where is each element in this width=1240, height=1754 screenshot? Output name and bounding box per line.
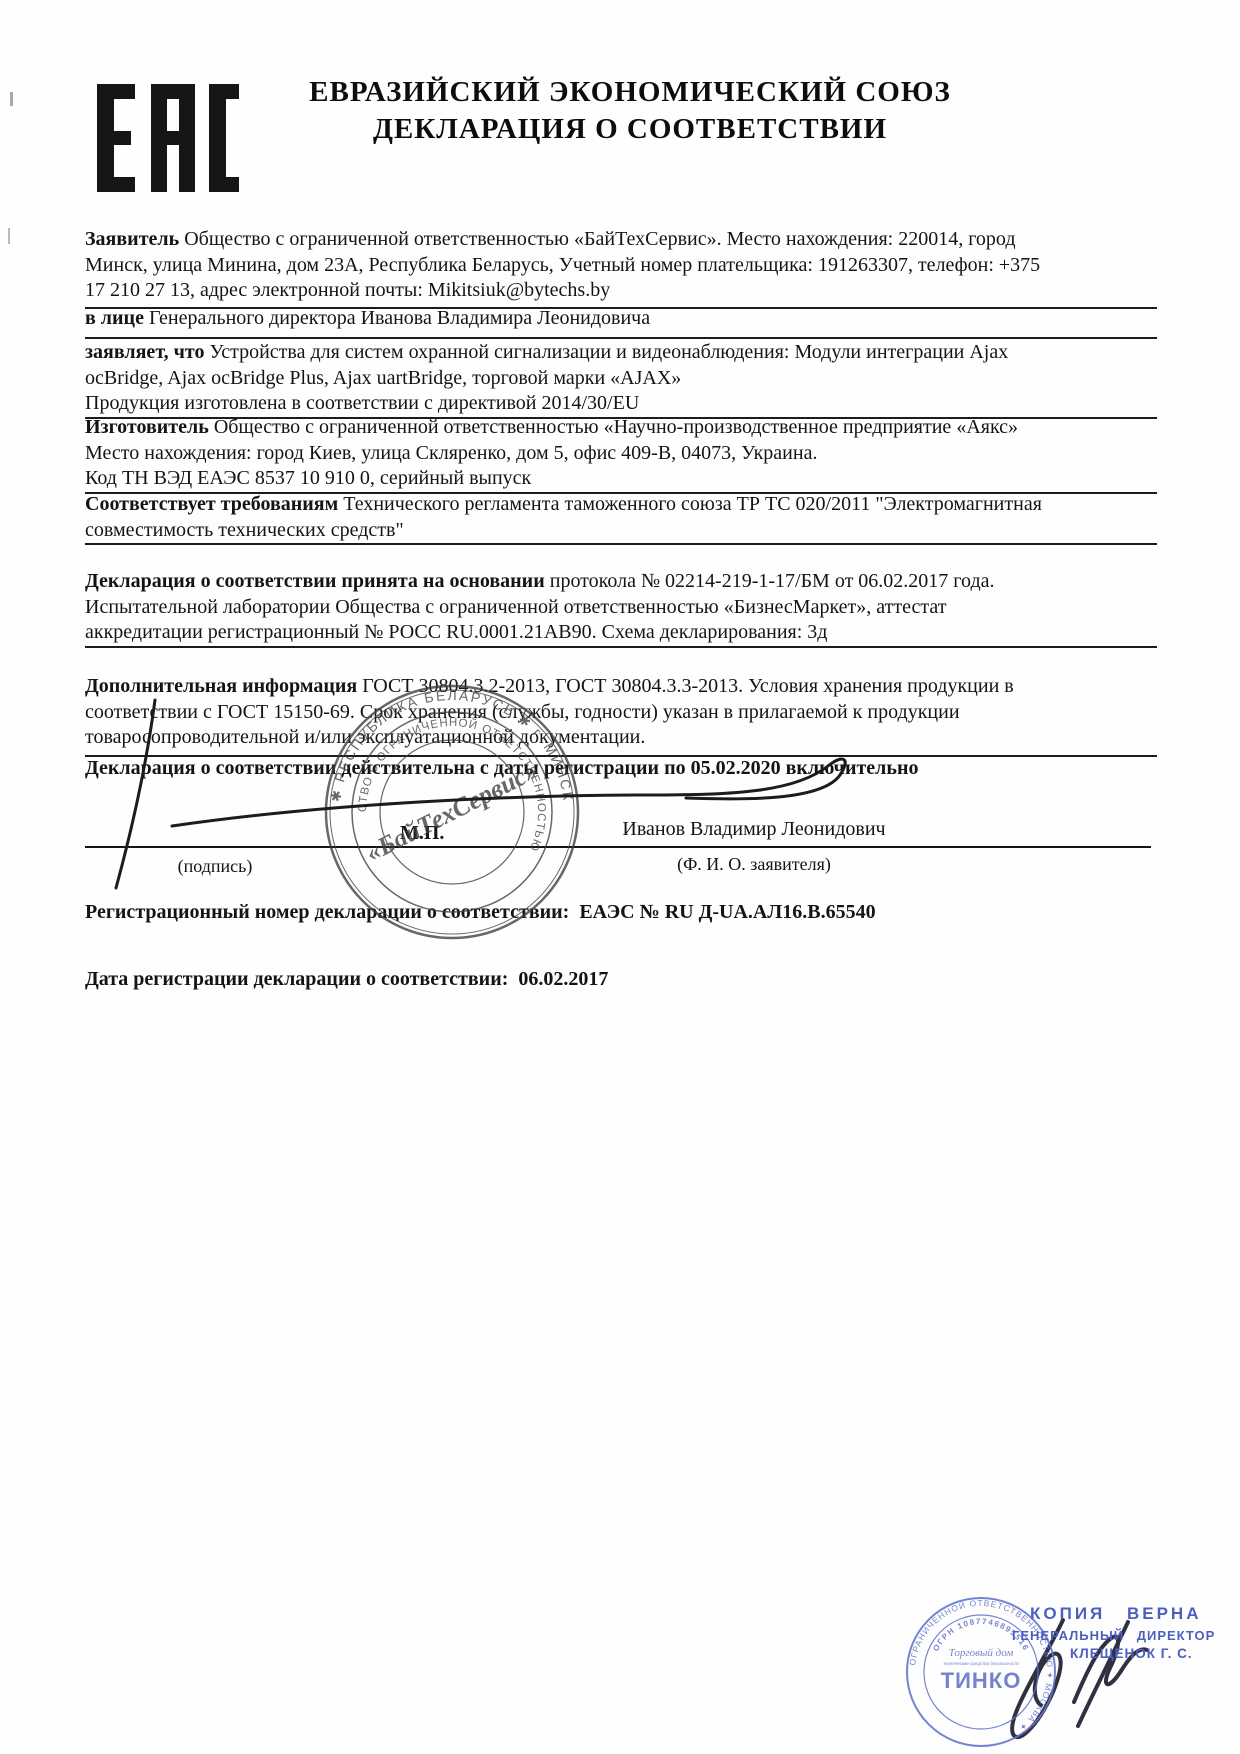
additional-label: Дополнительная информация <box>85 675 357 697</box>
manufacturer-line-1: Общество с ограниченной ответственностью… <box>214 416 1018 438</box>
manufacturer-line-3: Код ТН ВЭД ЕАЭС 8537 10 910 0, серийный … <box>85 466 1157 492</box>
section-declares: заявляет, что Устройства для систем охра… <box>85 340 1157 419</box>
additional-line-2: соответствии с ГОСТ 15150-69. Срок хране… <box>85 700 1157 726</box>
tinko-center-tiny: технические средства безопасности <box>943 1661 1019 1666</box>
scan-artifact <box>8 228 10 244</box>
declares-line-2: ocBridge, Ajax ocBridge Plus, Ajax uartB… <box>85 366 1157 392</box>
registration-number-label: Регистрационный номер декларации о соотв… <box>85 901 569 923</box>
tinko-center-logo: ТИНКО <box>941 1668 1022 1693</box>
applicant-name-caption: (Ф. И. О. заявителя) <box>614 854 894 875</box>
copy-certification-note: КОПИЯ ВЕРНА ГЕНЕРАЛЬНЫЙ ДИРЕКТОР КЛЕЩЕНО… <box>1030 1604 1240 1661</box>
declares-line-1: Устройства для систем охранной сигнализа… <box>209 341 1008 363</box>
validity-line: Декларация о соответствии действительна … <box>85 756 1157 782</box>
registration-date-row: Дата регистрации декларации о соответств… <box>85 968 1165 991</box>
declaration-document: ЕВРАЗИЙСКИЙ ЭКОНОМИЧЕСКИЙ СОЮЗ ДЕКЛАРАЦИ… <box>0 0 1240 1754</box>
tinko-center-line1: Торговый дом <box>949 1647 1014 1659</box>
complies-line-2: совместимость технических средств" <box>85 518 1157 544</box>
page-title: ЕВРАЗИЙСКИЙ ЭКОНОМИЧЕСКИЙ СОЮЗ ДЕКЛАРАЦИ… <box>240 74 1020 148</box>
scan-artifact <box>10 92 13 106</box>
applicant-line-3: 17 210 27 13, адрес электронной почты: M… <box>85 278 1157 304</box>
applicant-name: Иванов Владимир Леонидович <box>589 818 919 841</box>
manufacturer-line-2: Место нахождения: город Киев, улица Скля… <box>85 441 1157 467</box>
registration-date-value: 06.02.2017 <box>518 968 608 990</box>
in-person-line-1: Генерального директора Иванова Владимира… <box>149 307 650 329</box>
registration-date-label: Дата регистрации декларации о соответств… <box>85 968 508 990</box>
in-person-label: в лице <box>85 307 144 329</box>
basis-line-3: аккредитации регистрационный № РОСС RU.0… <box>85 620 1157 646</box>
declares-line-3: Продукция изготовлена в соответствии с д… <box>85 391 1157 417</box>
copy-note-line2: ГЕНЕРАЛЬНЫЙ ДИРЕКТОР <box>1012 1628 1240 1643</box>
section-basis: Декларация о соответствии принята на осн… <box>85 569 1157 648</box>
registration-number-row: Регистрационный номер декларации о соотв… <box>85 901 1165 924</box>
applicant-line-1: Общество с ограниченной ответственностью… <box>184 228 1015 250</box>
stamp-place-label: М.П. <box>400 822 444 845</box>
copy-note-line1: КОПИЯ ВЕРНА <box>1030 1604 1240 1624</box>
complies-line-1: Технического регламента таможенного союз… <box>343 493 1042 515</box>
manufacturer-label: Изготовитель <box>85 416 209 438</box>
section-in-person: в лице Генерального директора Иванова Вл… <box>85 306 1157 339</box>
additional-line-1: ГОСТ 30804.3.2-2013, ГОСТ 30804.3.3-2013… <box>362 675 1014 697</box>
basis-line-1: протокола № 02214-219-1-17/БМ от 06.02.2… <box>550 570 995 592</box>
complies-label: Соответствует требованиям <box>85 493 338 515</box>
section-validity: Декларация о соответствии действительна … <box>85 756 1157 782</box>
section-manufacturer: Изготовитель Общество с ограниченной отв… <box>85 415 1157 494</box>
declares-label: заявляет, что <box>85 341 204 363</box>
signature-caption: (подпись) <box>150 856 280 877</box>
section-applicant: Заявитель Общество с ограниченной ответс… <box>85 227 1157 309</box>
additional-line-3: товаросопроводительной и/или эксплуатаци… <box>85 725 1157 751</box>
section-complies: Соответствует требованиям Технического р… <box>85 492 1157 545</box>
basis-line-2: Испытательной лаборатории Общества с огр… <box>85 595 1157 621</box>
signature-line <box>85 846 1151 848</box>
basis-label: Декларация о соответствии принята на осн… <box>85 570 545 592</box>
registration-number-value: ЕАЭС № RU Д-UA.АЛ16.В.65540 <box>579 901 875 923</box>
title-line-2: ДЕКЛАРАЦИЯ О СООТВЕТСТВИИ <box>240 111 1020 148</box>
eac-logo-icon <box>95 82 241 194</box>
applicant-label: Заявитель <box>85 228 179 250</box>
section-additional: Дополнительная информация ГОСТ 30804.3.2… <box>85 674 1157 757</box>
applicant-line-2: Минск, улица Минина, дом 23А, Республика… <box>85 253 1157 279</box>
title-line-1: ЕВРАЗИЙСКИЙ ЭКОНОМИЧЕСКИЙ СОЮЗ <box>240 74 1020 111</box>
copy-note-line3: КЛЕЩЕНОК Г. С. <box>1070 1646 1240 1661</box>
